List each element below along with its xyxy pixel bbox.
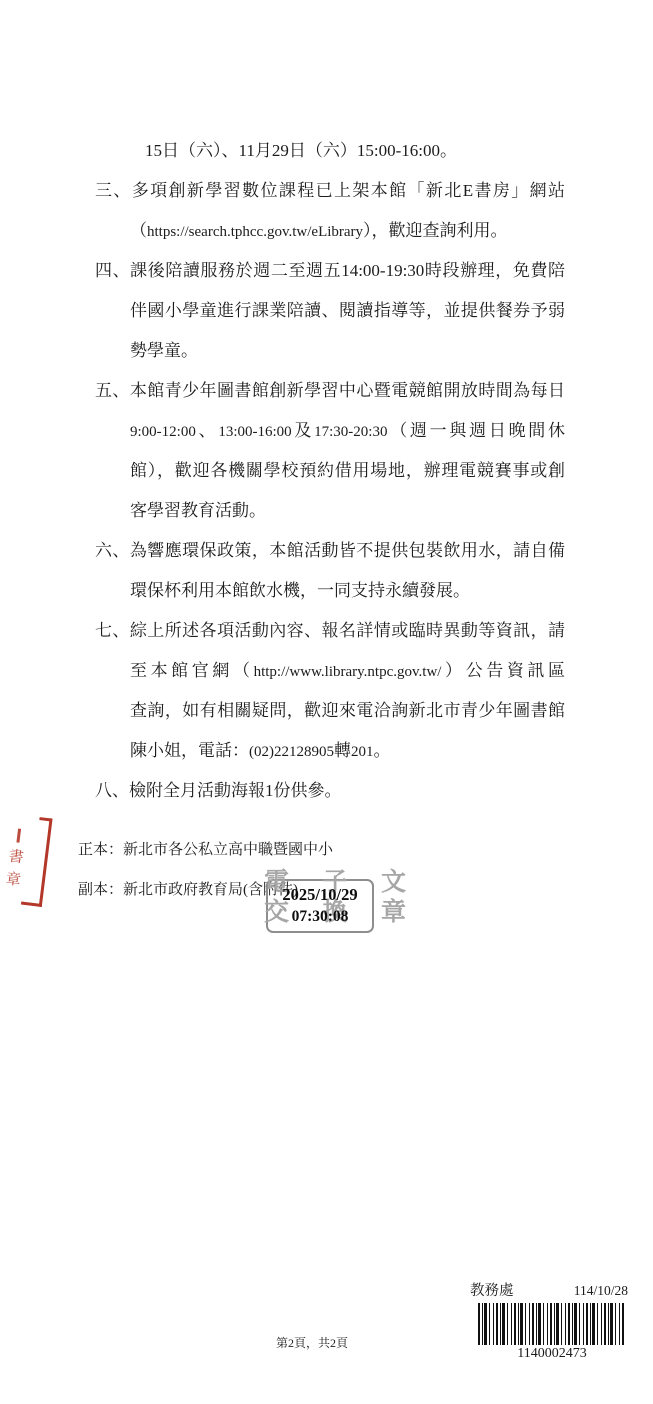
stamp-char: 章 [381, 900, 406, 926]
item-number: 七、 [95, 621, 130, 640]
seal-char: 章 [5, 871, 22, 889]
item-text: 為響應環保政策，本館活動皆不提供包裝飲用水，請自備 [130, 541, 565, 560]
phone-text: (02)22128905 [249, 744, 334, 760]
item-line: 伴國小學童進行課業陪讀、閱讀指導等，並提供餐券予弱 [130, 291, 565, 331]
item-text: 。 [374, 741, 391, 760]
item-text: 陳小姐，電話： [130, 741, 249, 760]
department-barcode-block: 教務處 114/10/28 1140002473 [468, 1282, 630, 1362]
item-text: 轉 [334, 741, 351, 760]
list-item-four: 四、課後陪讀服務於週二至週五14:00-19:30時段辦理，免費陪 伴國小學童進… [95, 251, 565, 371]
item-line: 9:00-12:00、13:00-16:00及17:30-20:30（週一與週日… [130, 411, 565, 451]
department-row: 教務處 114/10/28 [468, 1282, 630, 1300]
item-line: 六、為響應環保政策，本館活動皆不提供包裝飲用水，請自備 [130, 531, 565, 571]
time-text: 9:00-12:00 [130, 424, 196, 440]
item-text: ），歡迎查詢利用。 [363, 221, 508, 240]
barcode [478, 1303, 626, 1345]
item-number: 五、 [95, 381, 130, 400]
item-number: 八、 [95, 781, 129, 800]
item-text: 檢附全月活動海報1份供參。 [129, 781, 342, 800]
recipient-original: 正本：新北市各公私立高中職暨國中小 [78, 839, 333, 861]
time-text: 17:30-20:30 [314, 424, 387, 440]
stamp-time: 07:30:08 [266, 906, 374, 927]
item-line: 八、檢附全月活動海報1份供參。 [130, 771, 565, 811]
department-name: 教務處 [470, 1282, 514, 1300]
list-item-seven: 七、綜上所述各項活動內容、報名詳情或臨時異動等資訊，請 至本館官網（http:/… [95, 611, 565, 771]
partial-red-seal: 書 章 [0, 807, 62, 919]
item-number: 三、 [95, 181, 132, 200]
item-line: 七、綜上所述各項活動內容、報名詳情或臨時異動等資訊，請 [130, 611, 565, 651]
stamp-char: 文 [381, 870, 406, 896]
item-line: 客學習教育活動。 [130, 491, 565, 531]
item-text: 多項創新學習數位課程已上架本館「新北E書房」網站 [132, 181, 565, 200]
item-text: 本館青少年圖書館創新學習中心暨電競館開放時間為每日 [130, 381, 565, 400]
url-text: https://search.tphcc.gov.tw/eLibrary [147, 224, 363, 240]
barcode-number: 1140002473 [468, 1346, 630, 1362]
phone-text: 201 [351, 744, 374, 760]
item-line: 至本館官網（http://www.library.ntpc.gov.tw/）公告… [130, 651, 565, 691]
item-number: 四、 [95, 261, 130, 280]
item-line: 勢學童。 [130, 331, 565, 371]
item-text: 至本館官網（ [130, 661, 254, 680]
list-item-five: 五、本館青少年圖書館創新學習中心暨電競館開放時間為每日 9:00-12:00、1… [95, 371, 565, 531]
electronic-exchange-stamp: 電 子 文 交 換 章 2025/10/29 07:30:08 [264, 872, 404, 934]
item-line: 三、多項創新學習數位課程已上架本館「新北E書房」網站 [130, 171, 565, 211]
item-line: 陳小姐，電話：(02)22128905轉201。 [130, 731, 565, 771]
item-line: 環保杯利用本館飲水機，一同支持永續發展。 [130, 571, 565, 611]
seal-stroke-mark [16, 829, 21, 843]
item-text: 綜上所述各項活動內容、報名詳情或臨時異動等資訊，請 [130, 621, 565, 640]
item-number: 六、 [95, 541, 130, 560]
department-date: 114/10/28 [574, 1282, 628, 1300]
item-text: 、 [196, 421, 218, 440]
list-item-three: 三、多項創新學習數位課程已上架本館「新北E書房」網站 （https://sear… [95, 171, 565, 251]
item-line: 館），歡迎各機關學校預約借用場地，辦理電競賽事或創 [130, 451, 565, 491]
document-body: 15日（六）、11月29日（六）15:00-16:00。 三、多項創新學習數位課… [95, 131, 565, 811]
item-line: 五、本館青少年圖書館創新學習中心暨電競館開放時間為每日 [130, 371, 565, 411]
item-text: 及 [292, 421, 314, 440]
item-line: 查詢，如有相關疑問，歡迎來電洽詢新北市青少年圖書館 [130, 691, 565, 731]
stamp-datetime: 2025/10/29 07:30:08 [266, 879, 374, 927]
stamp-date: 2025/10/29 [266, 883, 374, 906]
item-text: （週一與週日晚間休 [387, 421, 565, 440]
item-line: 四、課後陪讀服務於週二至週五14:00-19:30時段辦理，免費陪 [130, 251, 565, 291]
seal-char: 書 [8, 849, 25, 867]
list-item-six: 六、為響應環保政策，本館活動皆不提供包裝飲用水，請自備 環保杯利用本館飲水機，一… [95, 531, 565, 611]
page-number-footer: 第2頁，共2頁 [276, 1336, 348, 1350]
url-text: http://www.library.ntpc.gov.tw/ [254, 664, 442, 680]
paragraph-continuation: 15日（六）、11月29日（六）15:00-16:00。 [95, 131, 565, 171]
item-line: （https://search.tphcc.gov.tw/eLibrary），歡… [130, 211, 565, 251]
time-text: 13:00-16:00 [218, 424, 291, 440]
item-text: ）公告資訊區 [441, 661, 565, 680]
scanned-document-page: 書 章 15日（六）、11月29日（六）15:00-16:00。 三、多項創新學… [0, 0, 653, 1404]
list-item-eight: 八、檢附全月活動海報1份供參。 [95, 771, 565, 811]
item-text: （ [130, 221, 147, 240]
item-text: 課後陪讀服務於週二至週五14:00-19:30時段辦理，免費陪 [130, 261, 565, 280]
